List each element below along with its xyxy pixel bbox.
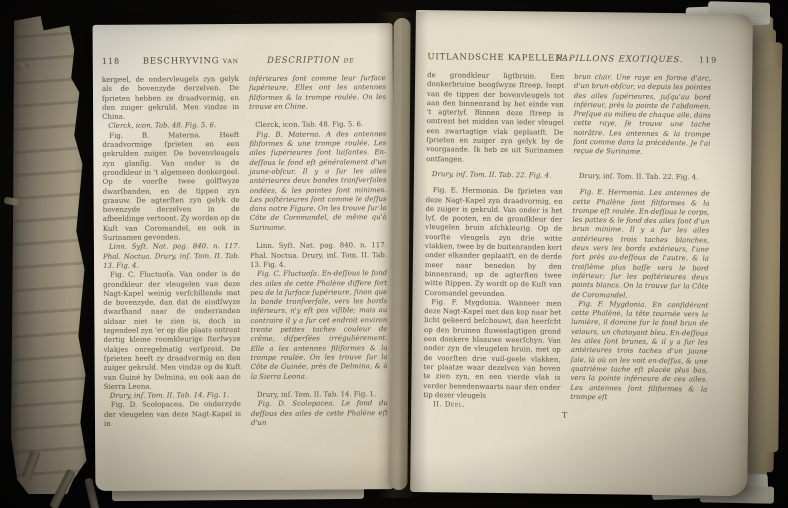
- dutch-paragraph: kergeel, de ondervleugels zyn gelyk als …: [102, 75, 239, 122]
- dutch-paragraph: Fig. D. Scolopacea. De onderzyde der vle…: [104, 400, 241, 429]
- page-number: 118: [102, 57, 126, 66]
- text-block-row: Drury, inſ. Tom. II. Tab. 22. Fig. 4. Dr…: [426, 170, 710, 183]
- french-paragraph: brun clair. Une raye en forme d'arc, d'u…: [573, 73, 711, 168]
- running-title-dutch: BESCHRYVING van: [126, 56, 256, 67]
- right-running-head: UITLANDSCHE KAPELLEN. PAPILLONS EXOTIQUE…: [427, 52, 711, 65]
- right-page-text: de grondkleur ligtbruin. Een donkerbruin…: [423, 71, 711, 404]
- dutch-paragraph: de grondkleur ligtbruin. Een donkerbruin…: [426, 71, 564, 166]
- french-paragraph: Fig. D. Scolopacea. Le fond du deſſous d…: [251, 400, 388, 429]
- french-paragraph: Fig. C. Fluctuoſa. En-deſſous le fond de…: [250, 269, 388, 391]
- photo-open-antique-book: 118 BESCHRYVING van DESCRIPTION de kerge…: [0, 0, 788, 508]
- french-paragraph: inférieures ſont comme leur ſurface ſupé…: [249, 74, 386, 121]
- right-page-content: UITLANDSCHE KAPELLEN. PAPILLONS EXOTIQUE…: [423, 52, 711, 422]
- text-block-row: de grondkleur ligtbruin. Een donkerbruin…: [426, 71, 711, 167]
- text-block-row: Fig. E. Hermonia. De ſprieten van deze N…: [424, 186, 709, 301]
- text-block-row: Fig. C. Fluctuoſa. Van onder is de grond…: [103, 269, 388, 392]
- running-title-french: PAPILLONS EXOTIQUES.: [556, 54, 683, 66]
- french-paragraph: Fig. B. Materna. A des antennes filiform…: [249, 130, 387, 242]
- running-title-french: DESCRIPTION de: [246, 55, 376, 66]
- page-number: 119: [693, 55, 717, 64]
- dutch-paragraph: Drury, inſ. Tom. II. Tab. 22. Fig. 4.: [426, 170, 563, 181]
- french-paragraph: Fig. F. Mygdonia. En conſidérant cette P…: [570, 300, 708, 404]
- dutch-paragraph: Fig. E. Hermonia. De ſprieten van deze N…: [424, 186, 562, 299]
- french-paragraph: Fig. E. Hermonia. Les antennes de cette …: [571, 188, 709, 301]
- dutch-paragraph: Fig. B. Materna. Heeft draadvormige ſpri…: [102, 131, 240, 243]
- dutch-paragraph: Fig. F. Mygdonia. Wanneer men deze Nagt-…: [423, 298, 561, 402]
- french-paragraph: Linn. Syſt. Nat. pag. 840. n. 117. Phal.…: [250, 241, 387, 270]
- text-block-row: Linn. Syſt. Nat. pag. 840. n. 117. Phal.…: [103, 241, 387, 271]
- left-running-head: 118 BESCHRYVING van DESCRIPTION de: [102, 55, 386, 67]
- page-stack-edge: [752, 66, 781, 452]
- dutch-paragraph: Linn. Syſt. Nat. pag. 840. n. 117. Phal.…: [103, 242, 240, 271]
- right-page: UITLANDSCHE KAPELLEN. PAPILLONS EXOTIQUE…: [410, 10, 753, 496]
- running-title-dutch: UITLANDSCHE KAPELLEN.: [427, 52, 566, 64]
- dutch-paragraph: Fig. C. Fluctuoſa. Van onder is de grond…: [103, 270, 241, 392]
- binding-cord: [4, 197, 23, 207]
- french-paragraph: Drury, inſ. Tom. II. Tab. 22. Fig. 4.: [573, 172, 710, 183]
- text-block-row: kergeel, de ondervleugels zyn gelyk als …: [102, 74, 386, 122]
- text-block-row: Fig. D. Scolopacea. De onderzyde der vle…: [104, 400, 388, 430]
- text-block-row: Fig. B. Materna. Heeft draadvormige ſpri…: [102, 130, 387, 243]
- left-page-content: 118 BESCHRYVING van DESCRIPTION de kerge…: [102, 55, 388, 429]
- left-page-text: kergeel, de ondervleugels zyn gelyk als …: [102, 74, 388, 429]
- left-page: 118 BESCHRYVING van DESCRIPTION de kerge…: [93, 23, 396, 491]
- text-block-row: Fig. F. Mygdonia. Wanneer men deze Nagt-…: [423, 298, 708, 404]
